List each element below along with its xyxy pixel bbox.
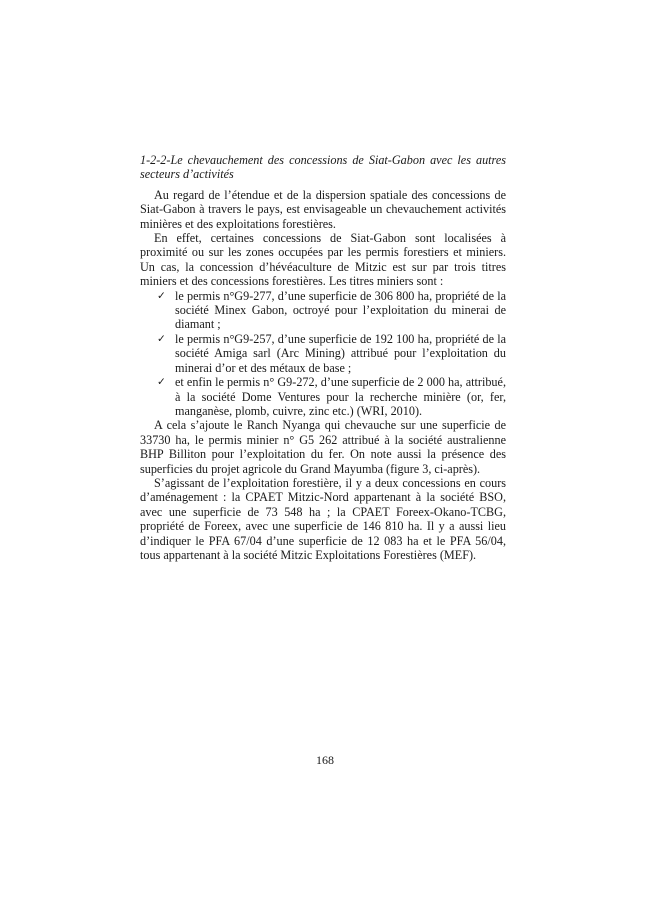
checkmark-icon: ✓	[157, 375, 166, 389]
text-column: 1-2-2-Le chevauchement des concessions d…	[140, 153, 506, 562]
paragraph-forestry: S’agissant de l’exploitation forestière,…	[140, 476, 506, 562]
checkmark-icon: ✓	[157, 332, 166, 346]
paragraph-intro: Au regard de l’étendue et de la dispersi…	[140, 188, 506, 231]
section-heading: 1-2-2-Le chevauchement des concessions d…	[140, 153, 506, 182]
mining-permits-list: ✓ le permis n°G9-277, d’une superficie d…	[140, 289, 506, 419]
list-item-text: le permis n°G9-257, d’une superficie de …	[175, 332, 506, 375]
list-item-text: et enfin le permis n° G9-272, d’une supe…	[175, 375, 506, 418]
paragraph-overlap-cases: En effet, certaines concessions de Siat-…	[140, 231, 506, 289]
document-page: 1-2-2-Le chevauchement des concessions d…	[0, 0, 650, 920]
page-number: 168	[0, 753, 650, 768]
list-item: ✓ le permis n°G9-257, d’une superficie d…	[175, 332, 506, 375]
list-item: ✓ le permis n°G9-277, d’une superficie d…	[175, 289, 506, 332]
checkmark-icon: ✓	[157, 289, 166, 303]
paragraph-ranch-nyanga: A cela s’ajoute le Ranch Nyanga qui chev…	[140, 418, 506, 476]
list-item: ✓ et enfin le permis n° G9-272, d’une su…	[175, 375, 506, 418]
list-item-text: le permis n°G9-277, d’une superficie de …	[175, 289, 506, 332]
